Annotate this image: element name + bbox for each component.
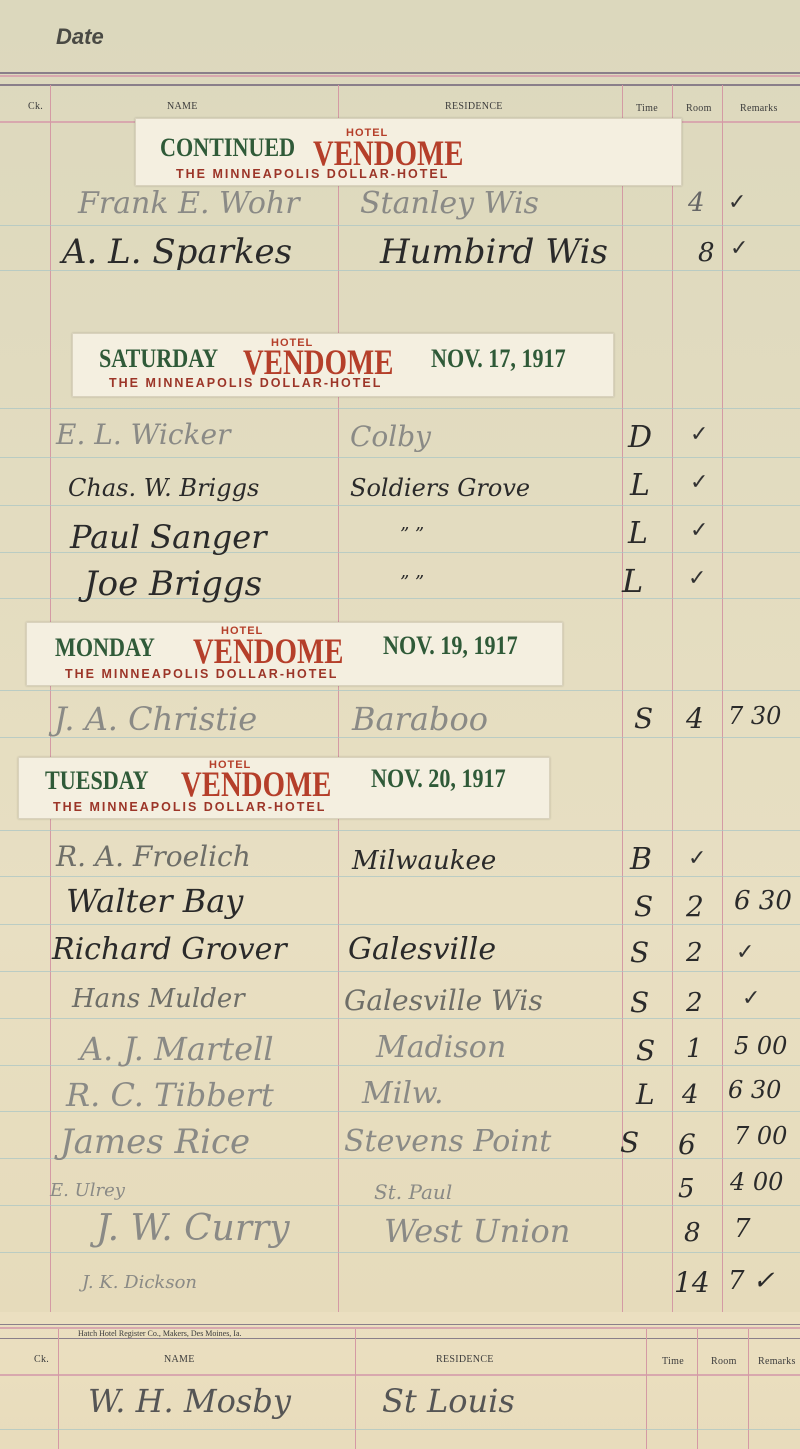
entry-time: S — [636, 1034, 655, 1067]
entry-name: E. Ulrey — [50, 1180, 125, 1201]
entry-remarks: 7 — [734, 1214, 751, 1244]
entry-residence: Galesville — [348, 932, 496, 967]
column-header-remarks: Remarks — [740, 103, 778, 114]
column-header-residence: RESIDENCE — [445, 101, 503, 112]
entry-residence: Soldiers Grove — [350, 474, 530, 502]
ruled-line — [0, 457, 800, 458]
entry-name: R. A. Froelich — [56, 840, 251, 873]
entry-name: Paul Sanger — [70, 518, 267, 556]
entry-room: 4 — [682, 1080, 699, 1110]
ruled-line — [0, 1252, 800, 1253]
date-label: Date — [56, 24, 104, 50]
column-header-name: NAME — [167, 101, 198, 112]
entry-remarks: 7 ✓ — [728, 1266, 775, 1296]
entry-time: S — [630, 936, 649, 969]
entry-room: 6 — [678, 1128, 696, 1161]
entry-time: S — [634, 702, 653, 735]
ticket-brand: VENDOME — [193, 633, 343, 669]
rule — [0, 1324, 800, 1325]
column-header-remarks: Remarks — [758, 1356, 796, 1367]
entry-name: R. C. Tibbert — [66, 1076, 274, 1114]
entry-name: Frank E. Wohr — [78, 186, 300, 221]
entry-room: 5 — [678, 1174, 695, 1204]
ticket-day: SATURDAY — [99, 344, 218, 374]
ticket-subtitle: THE MINNEAPOLIS DOLLAR-HOTEL — [176, 167, 449, 181]
column-line-room — [748, 1329, 749, 1449]
entry-residence: Milwaukee — [352, 846, 496, 876]
entry-residence: Madison — [376, 1030, 506, 1065]
entry-room: 2 — [686, 988, 703, 1018]
entry-remarks: 6 30 — [734, 886, 792, 916]
ruled-line — [0, 1205, 800, 1206]
entry-name: A. J. Martell — [80, 1030, 274, 1068]
ticket-subtitle: THE MINNEAPOLIS DOLLAR-HOTEL — [53, 800, 326, 814]
ruled-line — [0, 924, 800, 925]
entry-time: L — [628, 516, 648, 551]
ticket-day: MONDAY — [55, 633, 155, 663]
entry-time: L — [622, 562, 643, 600]
entry-name: J. W. Curry — [96, 1208, 290, 1249]
checkmark-icon: ✓ — [690, 470, 708, 495]
column-header-name: NAME — [164, 1354, 195, 1365]
entry-room: 4 — [688, 188, 705, 218]
register-page: Date Ck. NAME RESIDENCE Time Room Remark… — [0, 0, 800, 1312]
ticket-brand: VENDOME — [313, 135, 463, 171]
checkmark-icon: ✓ — [742, 986, 760, 1011]
ruled-line — [0, 971, 800, 972]
entry-time: D — [628, 420, 652, 455]
date-ticket-monday: MONDAY HOTEL VENDOME NOV. 19, 1917 THE M… — [26, 622, 563, 686]
rule — [0, 1338, 800, 1339]
entry-name: E. L. Wicker — [56, 418, 230, 451]
ruled-line — [0, 830, 800, 831]
entry-name: J. K. Dickson — [82, 1272, 197, 1293]
column-line-residence — [646, 1329, 647, 1449]
entry-time: L — [630, 468, 650, 503]
entry-residence: ” ” — [400, 524, 424, 545]
column-line-name — [355, 1329, 356, 1449]
checkmark-icon: ✓ — [736, 940, 754, 965]
entry-residence: Stanley Wis — [360, 186, 539, 221]
entry-name: W. H. Mosby — [88, 1382, 291, 1420]
date-ticket-saturday: SATURDAY HOTEL VENDOME NOV. 17, 1917 THE… — [72, 333, 614, 397]
date-ticket-continued: CONTINUED HOTEL VENDOME THE MINNEAPOLIS … — [135, 118, 682, 186]
entry-residence: Galesville Wis — [344, 984, 543, 1017]
entry-name: Joe Briggs — [84, 564, 262, 604]
entry-name: Hans Mulder — [72, 984, 245, 1014]
checkmark-icon: ✓ — [688, 566, 706, 591]
entry-remarks: 7 00 — [734, 1122, 787, 1150]
header-rule — [0, 84, 800, 86]
ruled-line — [0, 690, 800, 691]
ticket-subtitle: THE MINNEAPOLIS DOLLAR-HOTEL — [109, 376, 382, 390]
entry-time: S — [620, 1126, 639, 1159]
checkmark-icon: ✓ — [690, 518, 708, 543]
top-rule-pink — [0, 75, 800, 77]
column-header-ck: Ck. — [28, 101, 43, 112]
entry-room: 4 — [686, 702, 704, 735]
maker-imprint: Hatch Hotel Register Co., Makers, Des Mo… — [78, 1329, 242, 1338]
entry-name: J. A. Christie — [54, 700, 257, 738]
entry-residence: West Union — [384, 1212, 570, 1250]
ruled-line — [0, 505, 800, 506]
checkmark-icon: ✓ — [728, 190, 746, 215]
entry-time: S — [630, 986, 649, 1019]
column-header-time: Time — [662, 1356, 684, 1367]
column-header-room: Room — [686, 103, 712, 114]
ruled-line — [0, 225, 800, 226]
ruled-line — [0, 1018, 800, 1019]
entry-time: S — [634, 890, 653, 923]
entry-residence: Humbird Wis — [380, 232, 608, 272]
checkmark-icon: ✓ — [688, 846, 706, 871]
date-ticket-tuesday: TUESDAY HOTEL VENDOME NOV. 20, 1917 THE … — [18, 757, 550, 819]
entry-name: A. L. Sparkes — [62, 232, 292, 272]
entry-residence: Baraboo — [352, 700, 488, 738]
entry-remarks: 4 00 — [730, 1168, 783, 1196]
entry-residence: St. Paul — [374, 1180, 452, 1204]
ticket-date: NOV. 17, 1917 — [431, 344, 566, 374]
column-header-room: Room — [711, 1356, 737, 1367]
entry-room: 8 — [684, 1218, 701, 1248]
column-header-residence: RESIDENCE — [436, 1354, 494, 1365]
entry-room: 8 — [698, 238, 715, 268]
ticket-day: CONTINUED — [160, 133, 295, 163]
entry-remarks: 7 30 — [728, 702, 781, 730]
rule — [0, 1374, 800, 1376]
ticket-subtitle: THE MINNEAPOLIS DOLLAR-HOTEL — [65, 667, 338, 681]
entry-remarks: 6 30 — [728, 1076, 781, 1104]
entry-name: Richard Grover — [52, 932, 287, 967]
ticket-brand: VENDOME — [181, 766, 331, 802]
entry-room: 2 — [686, 938, 703, 968]
column-header-ck: Ck. — [34, 1354, 49, 1365]
checkmark-icon: ✓ — [730, 236, 748, 261]
ruled-line — [0, 1429, 800, 1430]
entry-residence: Colby — [350, 420, 431, 453]
entry-remarks: 5 00 — [734, 1032, 787, 1060]
ticket-date: NOV. 19, 1917 — [383, 631, 518, 661]
entry-residence: St Louis — [382, 1382, 515, 1420]
column-line-time — [697, 1329, 698, 1449]
entry-residence: Milw. — [362, 1076, 444, 1111]
entry-residence: ” ” — [400, 572, 424, 593]
entry-name: James Rice — [60, 1122, 250, 1162]
entry-time: L — [636, 1078, 655, 1111]
entry-name: Walter Bay — [66, 882, 243, 920]
top-rule — [0, 72, 800, 74]
ticket-brand: VENDOME — [243, 344, 393, 380]
entry-name: Chas. W. Briggs — [68, 474, 259, 502]
entry-room: 14 — [674, 1266, 710, 1299]
column-header-time: Time — [636, 103, 658, 114]
column-line-ck — [58, 1329, 59, 1449]
entry-time: B — [630, 842, 652, 877]
entry-room: 1 — [686, 1034, 703, 1064]
ruled-line — [0, 876, 800, 877]
checkmark-icon: ✓ — [690, 422, 708, 447]
entry-room: 2 — [686, 890, 704, 923]
ticket-date: NOV. 20, 1917 — [371, 764, 506, 794]
ruled-line — [0, 408, 800, 409]
entry-residence: Stevens Point — [344, 1124, 551, 1159]
ticket-day: TUESDAY — [45, 766, 149, 796]
